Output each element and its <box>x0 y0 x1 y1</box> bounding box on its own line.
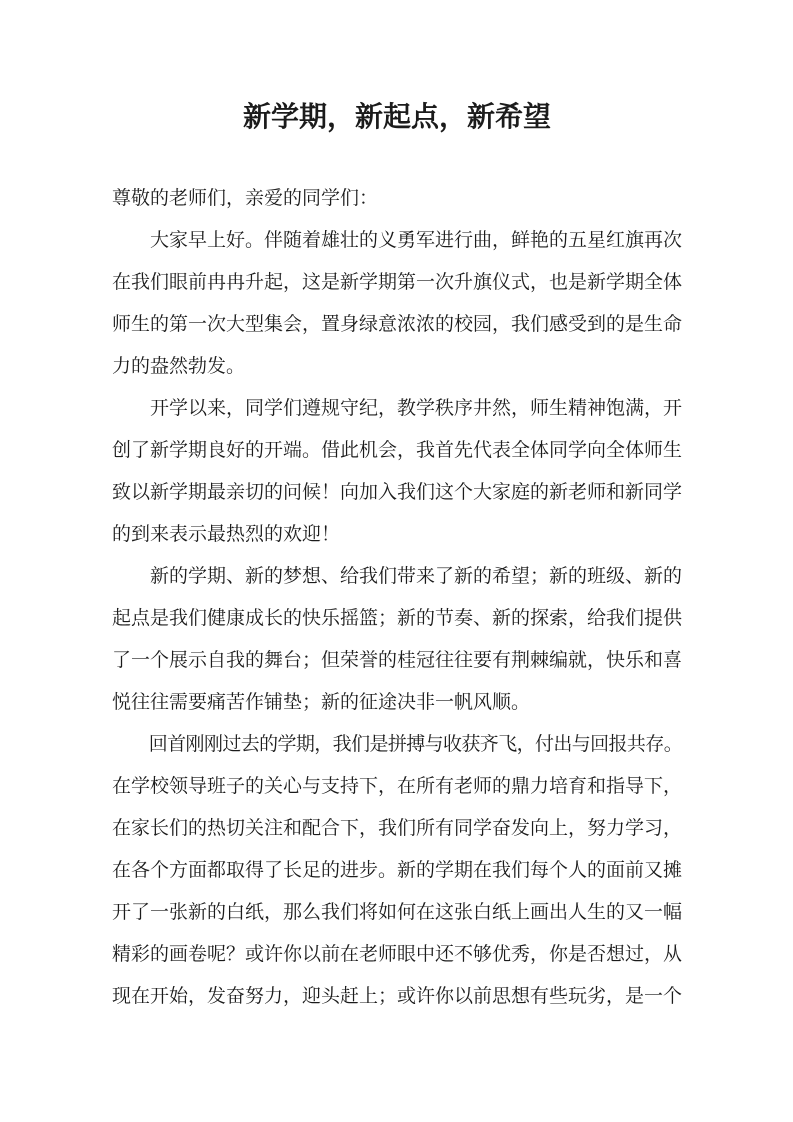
text-line: 回首刚刚过去的学期，我们是拼搏与收获齐飞，付出与回报共存。 <box>112 724 682 766</box>
text-line: 悦往往需要痛苦作铺垫；新的征途决非一帆风顺。 <box>112 682 682 724</box>
text-line: 创了新学期良好的开端。借此机会，我首先代表全体同学向全体师生 <box>112 430 682 472</box>
text-line: 精彩的画卷呢？或许你以前在老师眼中还不够优秀，你是否想过，从 <box>112 934 682 976</box>
text-line: 在各个方面都取得了长足的进步。新的学期在我们每个人的面前又摊 <box>112 850 682 892</box>
text-line: 现在开始，发奋努力，迎头赶上；或许你以前思想有些玩劣，是一个 <box>112 976 682 1018</box>
paragraph: 新的学期、新的梦想、给我们带来了新的希望；新的班级、新的起点是我们健康成长的快乐… <box>112 556 682 724</box>
text-line: 在家长们的热切关注和配合下，我们所有同学奋发向上，努力学习， <box>112 808 682 850</box>
text-line: 开了一张新的白纸，那么我们将如何在这张白纸上画出人生的又一幅 <box>112 892 682 934</box>
paragraph: 尊敬的老师们，亲爱的同学们： <box>112 178 682 220</box>
text-line: 在学校领导班子的关心与支持下，在所有老师的鼎力培育和指导下， <box>112 766 682 808</box>
text-line: 师生的第一次大型集会，置身绿意浓浓的校园，我们感受到的是生命 <box>112 304 682 346</box>
paragraph: 大家早上好。伴随着雄壮的义勇军进行曲，鲜艳的五星红旗再次在我们眼前冉冉升起，这是… <box>112 220 682 388</box>
paragraph: 回首刚刚过去的学期，我们是拼搏与收获齐飞，付出与回报共存。在学校领导班子的关心与… <box>112 724 682 1018</box>
text-line: 新的学期、新的梦想、给我们带来了新的希望；新的班级、新的 <box>112 556 682 598</box>
text-line: 的到来表示最热烈的欢迎！ <box>112 514 682 556</box>
document-body: 尊敬的老师们，亲爱的同学们： 大家早上好。伴随着雄壮的义勇军进行曲，鲜艳的五星红… <box>112 178 682 1018</box>
text-line: 开学以来，同学们遵规守纪，教学秩序井然，师生精神饱满，开 <box>112 388 682 430</box>
text-line: 起点是我们健康成长的快乐摇篮；新的节奏、新的探索，给我们提供 <box>112 598 682 640</box>
document-title: 新学期，新起点，新希望 <box>112 97 682 139</box>
text-line: 大家早上好。伴随着雄壮的义勇军进行曲，鲜艳的五星红旗再次 <box>112 220 682 262</box>
text-line: 尊敬的老师们，亲爱的同学们： <box>112 178 682 220</box>
text-line: 了一个展示自我的舞台；但荣誉的桂冠往往要有荆棘编就，快乐和喜 <box>112 640 682 682</box>
text-line: 在我们眼前冉冉升起，这是新学期第一次升旗仪式，也是新学期全体 <box>112 262 682 304</box>
document-page: 新学期，新起点，新希望 尊敬的老师们，亲爱的同学们： 大家早上好。伴随着雄壮的义… <box>0 0 793 1122</box>
paragraph: 开学以来，同学们遵规守纪，教学秩序井然，师生精神饱满，开创了新学期良好的开端。借… <box>112 388 682 556</box>
text-line: 力的盎然勃发。 <box>112 346 682 388</box>
text-line: 致以新学期最亲切的问候！向加入我们这个大家庭的新老师和新同学 <box>112 472 682 514</box>
